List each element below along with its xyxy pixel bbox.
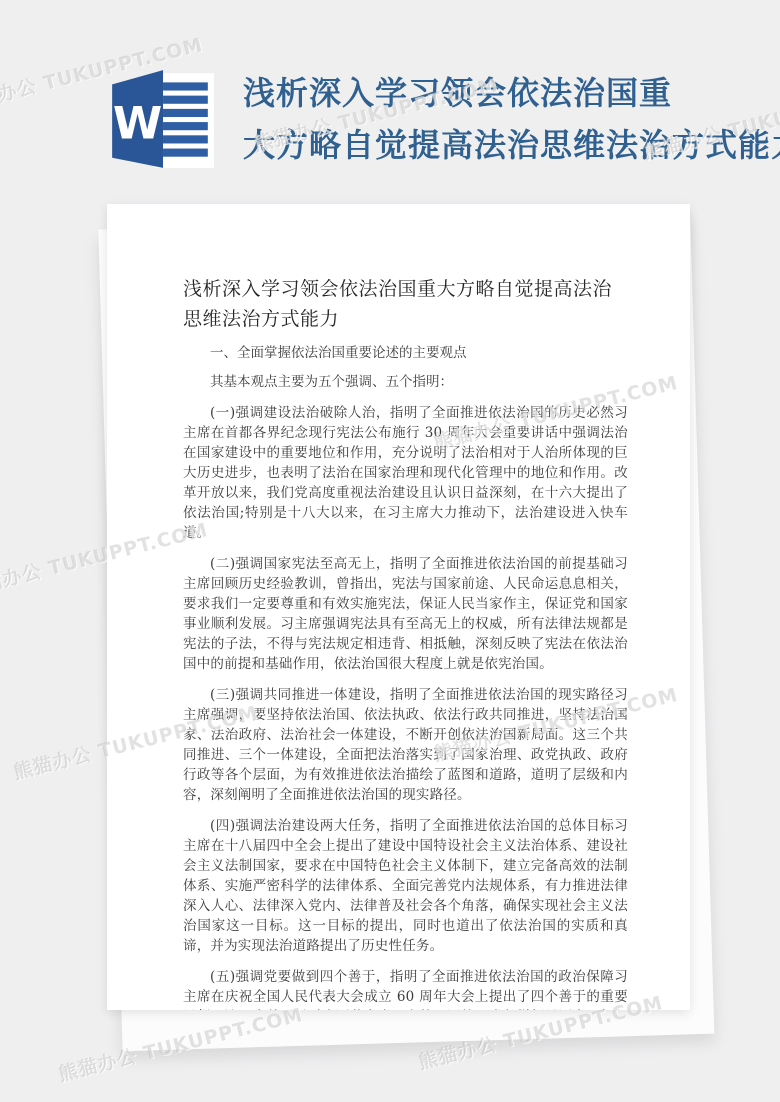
document-paragraph-2: (二)强调国家宪法至高无上，指明了全面推进依法治国的前提基础习主席回顾历史经验教… <box>183 554 628 674</box>
document-title: 浅析深入学习领会依法治国重大方略自觉提高法治思维法治方式能力 <box>183 274 628 334</box>
document-paragraph-3: (三)强调共同推进一体建设，指明了全面推进依法治国的现实路径习主席强调，要坚持依… <box>183 685 628 805</box>
page: { "header": { "title_line1": "浅析深入学习领会依法… <box>0 0 780 1102</box>
document-paragraph-4: (四)强调法治建设两大任务，指明了全面推进依法治国的总体目标习主席在十八届四中全… <box>183 816 628 956</box>
page-title-line2: 大方略自觉提高法治思维法治方式能力 <box>243 120 780 166</box>
document-paragraph-1: (一)强调建设法治破除人治，指明了全面推进依法治国的历史必然习主席在首都各界纪念… <box>183 403 628 543</box>
document-paragraph-5: (五)强调党要做到四个善于，指明了全面推进依法治国的政治保障习主席在庆祝全国人民… <box>183 967 628 1010</box>
header: W 浅析深入学习领会依法治国重 大方略自觉提高法治思维法治方式能力 <box>0 0 780 200</box>
word-document-icon: W <box>104 60 218 174</box>
page-title-line1: 浅析深入学习领会依法治国重 <box>243 68 672 114</box>
document-page: 浅析深入学习领会依法治国重大方略自觉提高法治思维法治方式能力 一、全面掌握依法治… <box>107 204 690 1010</box>
document-section-heading: 一、全面掌握依法治国重要论述的主要观点 <box>183 343 628 363</box>
document-intro-line: 其基本观点主要为五个强调、五个指明： <box>183 372 628 392</box>
word-icon-letter: W <box>113 96 162 149</box>
